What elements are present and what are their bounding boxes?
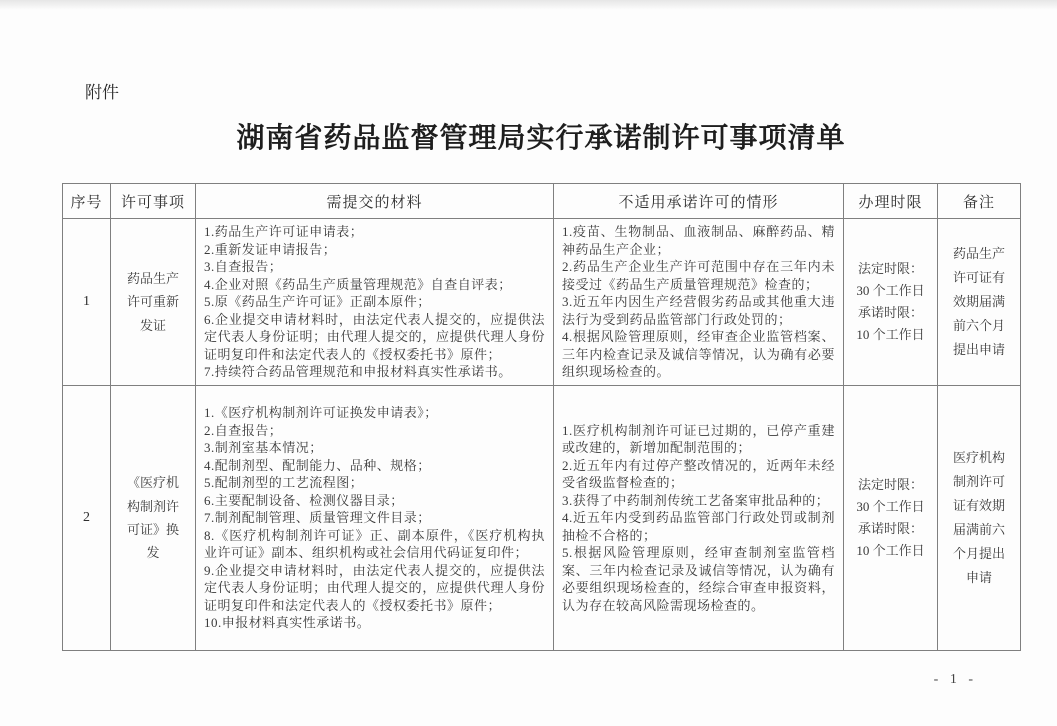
row-number-cell: 1: [63, 219, 111, 386]
attachment-label: 附件: [85, 78, 119, 103]
column-header-number: 序号: [63, 184, 111, 219]
license-item-cell: 药品生产许可重新发证: [111, 219, 196, 386]
materials-cell: 1.《医疗机构制剂许可证换发申请表》； 2.自查报告； 3.制剂室基本情况； 4…: [196, 386, 554, 651]
column-header-materials: 需提交的材料: [196, 184, 554, 219]
table-row: 2 《医疗机构制剂许可证》换发 1.《医疗机构制剂许可证换发申请表》； 2.自查…: [63, 386, 1021, 651]
exclusions-cell: 1.医疗机构制剂许可证已过期的，已停产重建或改建的，新增加配制范围的； 2.近五…: [554, 386, 844, 651]
column-header-license-item: 许可事项: [111, 184, 196, 219]
remark-cell: 医疗机构制剂许可证有效期届满前六个月提出申请: [938, 386, 1021, 651]
time-limit-cell: 法定时限： 30 个工作日 承诺时限： 10 个工作日: [844, 386, 938, 651]
page-title: 湖南省药品监督管理局实行承诺制许可事项清单: [62, 116, 1020, 156]
table-row: 1 药品生产许可重新发证 1.药品生产许可证申请表； 2.重新发证申请报告； 3…: [63, 219, 1021, 386]
scan-top-shade: [0, 0, 1057, 10]
time-limit-cell: 法定时限： 30 个工作日 承诺时限： 10 个工作日: [844, 219, 938, 386]
materials-cell: 1.药品生产许可证申请表； 2.重新发证申请报告； 3.自查报告； 4.企业对照…: [196, 219, 554, 386]
document-page: 附件 湖南省药品监督管理局实行承诺制许可事项清单 序号 许可事项 需提交的材料 …: [0, 0, 1057, 726]
exclusions-cell: 1.疫苗、生物制品、血液制品、麻醉药品、精神药品生产企业； 2.药品生产企业生产…: [554, 219, 844, 386]
table-header-row: 序号 许可事项 需提交的材料 不适用承诺许可的情形 办理时限 备注: [63, 184, 1021, 219]
remark-cell: 药品生产许可证有效期届满前六个月提出申请: [938, 219, 1021, 386]
licensing-table: 序号 许可事项 需提交的材料 不适用承诺许可的情形 办理时限 备注 1 药品生产…: [62, 183, 1021, 651]
license-item-cell: 《医疗机构制剂许可证》换发: [111, 386, 196, 651]
column-header-exclusions: 不适用承诺许可的情形: [554, 184, 844, 219]
column-header-remark: 备注: [938, 184, 1021, 219]
row-number-cell: 2: [63, 386, 111, 651]
page-number: - 1 -: [934, 672, 977, 688]
column-header-time-limit: 办理时限: [844, 184, 938, 219]
